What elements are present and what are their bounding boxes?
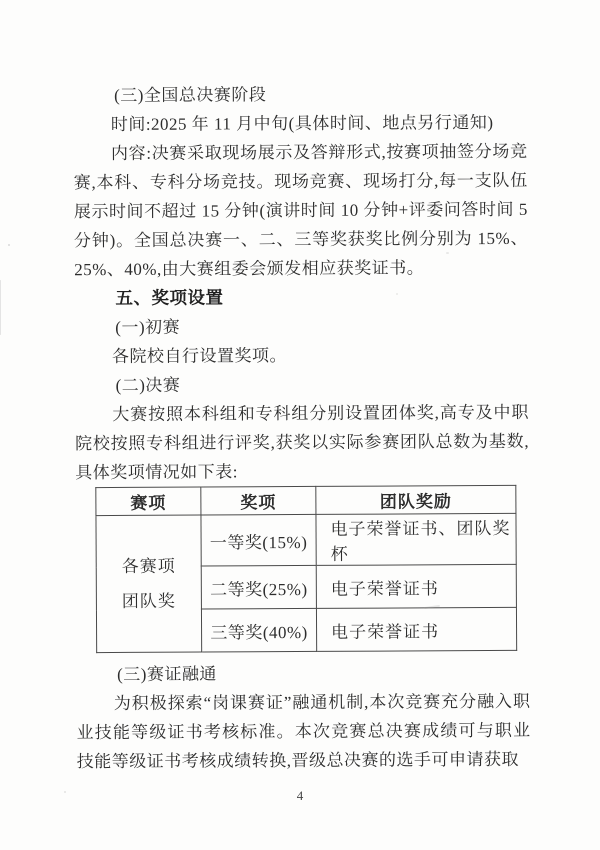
para-finals-content: 内容:决赛采取现场展示及答辩形式,按赛项抽签分场竞赛,本科、专科分场竞技。现场竞… bbox=[73, 137, 528, 284]
heading-preliminary-round: (一)初赛 bbox=[74, 311, 528, 342]
table-cell-award-first: 一等奖(15%) bbox=[201, 514, 316, 566]
award-table: 赛项 奖项 团队奖励 各赛项 团队奖 一等奖(15%) 电子荣誉证书、团队奖杯 … bbox=[95, 485, 517, 653]
scan-speck bbox=[446, 252, 449, 254]
para-time: 时间:2025 年 11 月中旬(具体时间、地点另行通知) bbox=[73, 108, 527, 139]
para-preliminary-round: 各院校自行设置奖项。 bbox=[75, 340, 529, 371]
para-certificate-integration: 为积极探索“岗课赛证”融通机制,本次竞赛充分融入职业技能等级证书考核标准。本次竞… bbox=[76, 687, 530, 776]
table-cell-award-second: 二等奖(25%) bbox=[201, 565, 316, 609]
document-page: (三)全国总决赛阶段 时间:2025 年 11 月中旬(具体时间、地点另行通知)… bbox=[0, 0, 600, 850]
heading-national-finals: (三)全国总决赛阶段 bbox=[73, 79, 527, 110]
table-cell-prize-second: 电子荣誉证书 bbox=[316, 564, 516, 608]
column-header-event: 赛项 bbox=[96, 487, 201, 516]
document-content: (三)全国总决赛阶段 时间:2025 年 11 月中旬(具体时间、地点另行通知)… bbox=[73, 79, 531, 776]
group-label-line1: 各赛项 bbox=[97, 549, 201, 585]
column-header-award: 奖项 bbox=[201, 486, 316, 515]
heading-final-round: (二)决赛 bbox=[75, 369, 529, 400]
scan-speck bbox=[8, 244, 10, 246]
table-cell-group-label: 各赛项 团队奖 bbox=[96, 515, 202, 653]
column-header-prize: 团队奖励 bbox=[316, 485, 516, 514]
page-number: 4 bbox=[0, 788, 600, 804]
scan-speck bbox=[396, 293, 398, 295]
heading-awards-setup: 五、奖项设置 bbox=[74, 282, 528, 313]
table-cell-award-third: 三等奖(40%) bbox=[201, 608, 316, 652]
table-cell-prize-first: 电子荣誉证书、团队奖杯 bbox=[316, 513, 516, 565]
group-label-line2: 团队奖 bbox=[97, 584, 201, 620]
scan-edge-artifact bbox=[0, 280, 1, 335]
award-table-header-row: 赛项 奖项 团队奖励 bbox=[96, 485, 516, 515]
table-cell-prize-third: 电子荣誉证书 bbox=[316, 607, 516, 651]
heading-certificate-integration: (三)赛证融通 bbox=[76, 658, 530, 689]
table-row: 各赛项 团队奖 一等奖(15%) 电子荣誉证书、团队奖杯 bbox=[96, 513, 516, 566]
para-final-round: 大赛按照本科组和专科组分别设置团体奖,高专及中职院校按照专科组进行评奖,获奖以实… bbox=[75, 398, 529, 487]
scan-speck bbox=[64, 791, 66, 793]
